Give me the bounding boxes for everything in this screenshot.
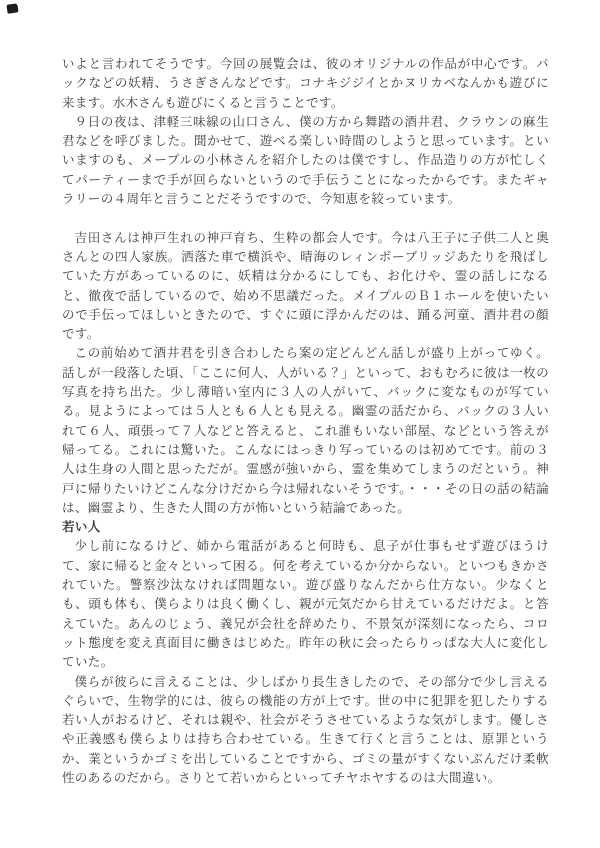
scan-artifact-mark [6,3,18,13]
paragraph-ghost-photo-story: この前始めて酒井君を引き合わしたら案の定どんどん話しが盛り上がってゆく。話しが一… [62,344,549,518]
scanned-page: いよと言われてそうです。今回の展覧会は、彼のオリジナルの作品が中心です。パックな… [0,0,600,848]
paragraph-ninth-evening-party: ９日の夜は、津軽三味線の山口さん、僕の方から舞踏の酒井君、クラウンの麻生君などを… [62,113,549,209]
section-heading-young-people: 若い人 [62,518,549,537]
paragraph-young-generation-view: 僕らが彼らに言えることは、少しばかり長生きしたので、その部分で少し言えるぐらいで… [62,673,549,789]
paragraph-yoshida-profile: 吉田さんは神戸生れの神戸育ち、生粋の都会人です。今は八王子に子供二人と奥さんとの… [62,229,549,345]
paragraph-exhibition-intro: いよと言われてそうです。今回の展覧会は、彼のオリジナルの作品が中心です。パックな… [62,55,549,113]
paragraph-nephew-story: 少し前になるけど、姉から電話があると何時も、息子が仕事もせず遊びほうけて、家に帰… [62,537,549,672]
document-text: いよと言われてそうです。今回の展覧会は、彼のオリジナルの作品が中心です。パックな… [62,55,549,788]
